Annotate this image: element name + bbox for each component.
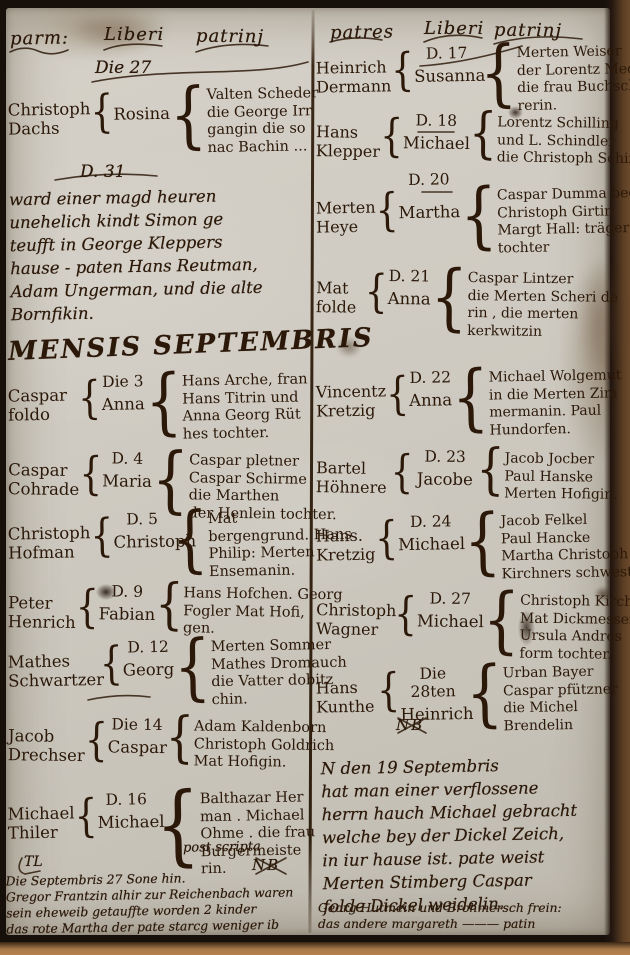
child-name: Maria: [102, 467, 152, 491]
child-name: Michael: [403, 129, 469, 153]
text-line: Adam Ungerman, und die alte: [10, 276, 262, 303]
godparents-lines: Merten Weiserder Lorentz Mecklindie frau…: [516, 41, 630, 116]
nb-mark: NB: [396, 716, 424, 734]
register-entry: JacobDrechser Die 14 Caspar Adam Kaldenb…: [8, 714, 309, 772]
text-line: kerkwitzin: [467, 323, 618, 342]
brace-glyph: [99, 642, 123, 687]
entry-date: D. 18: [403, 111, 469, 130]
brace-glyph: [145, 364, 183, 437]
brace-glyph: [90, 514, 114, 559]
text-line: die Christoph Schin: [497, 149, 630, 168]
father-name: Hans.Kretzig: [315, 514, 375, 565]
column-header-patrini: patrinj: [196, 26, 264, 48]
bottom-margin-note: Georg Hutmein und Brohmersch frein:das a…: [318, 900, 562, 932]
text-line: Hans: [316, 678, 378, 698]
register-entry: HansKunthe Die 28ten Heinrich Urban Baye…: [315, 661, 618, 738]
text-line: Caspar Lintzer: [468, 270, 619, 289]
entry-date: D. 23: [414, 447, 477, 466]
father-name: VincentzKretzig: [315, 369, 386, 420]
text-line: Christoph Girtin: [497, 202, 630, 222]
entry-date: Die 28ten: [400, 664, 467, 701]
godparents-lines: Valten Schederdie George Irrgangin die s…: [206, 83, 319, 157]
brace-glyph: [166, 711, 195, 766]
column-header-patres: patres: [330, 21, 394, 43]
text-line: Vincentz: [316, 381, 387, 401]
brace-glyph: [365, 270, 388, 315]
brace-glyph: [155, 781, 201, 869]
text-line: Schwartzer: [8, 670, 100, 691]
father-name: Casparfoldo: [7, 373, 78, 424]
entry-date: D. 22: [409, 368, 452, 387]
text-line: Hundorfen.: [489, 420, 622, 440]
father-name: BartelHöhnere: [316, 446, 391, 497]
child-name: Rosina: [113, 86, 170, 124]
brace-glyph: [451, 360, 489, 433]
text-line: Wagner: [316, 619, 394, 639]
text-line: Hans: [316, 122, 380, 142]
register-entry: PeterHenrich D. 9 Fabian Hans Hofchen. G…: [8, 581, 309, 639]
godparents-lines: Christoph KirchnerMat DickmesserUrsula A…: [519, 591, 630, 665]
brace-glyph: [479, 36, 517, 109]
father-name: MertenHeye: [315, 172, 376, 237]
register-entry: ChristophDachs Rosina Valten Schederdie …: [7, 83, 308, 160]
text-line: die frau Buchsch: [517, 78, 630, 98]
text-line: die Merten Scheri de: [468, 288, 619, 307]
godparents-lines: Jacob FelkelPaul HanckeMartha ChristophK…: [500, 509, 630, 584]
book-edge-bottom: [0, 942, 630, 955]
text-line: Höhnere: [316, 477, 391, 497]
brace-glyph: [469, 107, 498, 162]
text-line: tochter: [498, 237, 630, 257]
text-line: Margt Hall: trägers: [497, 220, 630, 240]
entry-date: Die 27: [95, 58, 151, 78]
text-line: Dachs: [8, 118, 91, 138]
text-line: Christoph: [8, 523, 91, 543]
text-line: Kretzig: [316, 400, 387, 420]
text-line: Drechser: [8, 745, 85, 765]
text-line: Ursula Andres: [520, 628, 630, 647]
text-line: Michael: [7, 803, 74, 823]
text-line: Christoph: [316, 600, 394, 620]
text-line: Lorentz Schilling: [497, 114, 630, 133]
text-line: mermanin. Paul: [489, 402, 622, 422]
child-name: Michael: [398, 530, 464, 554]
text-line: die Michel: [503, 698, 618, 718]
brace-glyph: [74, 795, 98, 840]
text-line: Mathes: [8, 651, 100, 672]
text-line: Heinrich: [316, 57, 392, 77]
text-line: Peter: [8, 593, 76, 613]
text-line: Kunthe: [316, 697, 378, 717]
text-line: Dermann: [316, 76, 392, 96]
text-line: foldo: [8, 404, 79, 424]
brace-glyph: [375, 517, 399, 562]
text-line: in iur hause ist. pate weist: [322, 845, 578, 872]
text-line: Valten Scheder: [206, 85, 318, 104]
brace-glyph: [76, 585, 99, 630]
bottom-margin-note: Die Septembris 27 Sone hin.Gregor Frantz…: [5, 868, 294, 937]
text-line: und L. Schindler: [497, 132, 630, 151]
text-line: man . Michael: [200, 807, 315, 827]
text-line: Martha Christoph: [501, 546, 630, 566]
godparents-lines: Caspar Lintzerdie Merten Scheri derin , …: [467, 268, 618, 342]
margin-mark: TL: [24, 854, 43, 870]
brace-glyph: [394, 593, 417, 638]
father-name: MichaelThiler: [7, 791, 75, 842]
entry-date: D. 31: [80, 162, 125, 182]
child-name: Anna: [388, 285, 431, 309]
register-entry: MertenHeye D. 20 Martha Caspar Dumma bec…: [315, 167, 618, 260]
entry-date: D. 24: [398, 512, 464, 531]
text-line: die George Irr: [207, 103, 319, 122]
text-line: Anna Georg Rüt: [182, 406, 308, 426]
godparents-lines: Michael Wolgemutin die Merten Zimmermani…: [488, 365, 622, 439]
column-header-parentes: parm:: [10, 27, 69, 49]
text-line: Bornfikin.: [11, 299, 263, 326]
father-name: HeinrichDermann: [315, 45, 391, 96]
text-line: Brendelin: [503, 716, 618, 736]
text-line: Adam Kaldenborn: [194, 718, 335, 737]
text-line: das andere margareth ——— patin: [318, 916, 562, 932]
text-line: Caspar pfützner: [503, 681, 618, 701]
bottom-note-paragraph: N den 19 Septembrishat man einer verflos…: [321, 753, 579, 918]
text-line: Balthazar Her: [200, 789, 315, 809]
register-entry: HeinrichDermann D. 17 Susanna Merten Wei…: [315, 41, 618, 118]
text-line: Georg Hutmein und Brohmersch frein:: [318, 900, 562, 916]
text-line: Hans Arche, fran: [182, 371, 308, 391]
text-line: der Lorentz Mecklin: [517, 60, 630, 80]
father-name: CasparCohrade: [8, 448, 80, 499]
text-line: Christoph: [8, 99, 91, 119]
father-name: HansKunthe: [315, 666, 377, 717]
text-line: Mat: [316, 278, 365, 298]
text-line: Paul Hanske: [504, 468, 618, 487]
father-name: Matfolde: [316, 266, 365, 317]
entry-date: Die 14: [108, 715, 166, 734]
brace-glyph: [377, 669, 401, 714]
text-line: Merten: [316, 198, 376, 218]
text-line: Christoph Kirchner: [520, 593, 630, 612]
father-name: HansKlepper: [316, 110, 381, 161]
brace-glyph: [90, 90, 114, 135]
text-line: Kretzig: [316, 545, 376, 565]
entry-date: D. 9: [99, 582, 156, 601]
father-name: ChristophHofman: [7, 511, 91, 562]
column-header-liberi: Liberi: [424, 18, 484, 39]
text-line: Urban Bayer: [503, 663, 618, 683]
brace-glyph: [430, 260, 468, 333]
child-name: Susanna: [414, 62, 480, 86]
text-line: Thiler: [8, 822, 75, 842]
register-entry: BartelHöhnere D. 23 Jacobe Jacob JocberP…: [316, 446, 619, 504]
text-line: Bartel: [316, 458, 391, 478]
entry-date: D. 16: [97, 790, 155, 809]
text-line: Hans Titrin und: [182, 389, 308, 409]
godparents-lines: Urban BayerCaspar pfütznerdie MichelBren…: [503, 661, 619, 735]
father-name: ChristophWagner: [316, 588, 395, 639]
brace-glyph: [463, 504, 501, 577]
godparents-lines: Jacob JocberPaul HanskeMerten Hofigin.: [504, 448, 618, 504]
child-name: Jacobe: [413, 465, 476, 489]
text-line: Paul Hancke: [501, 528, 630, 548]
brace-glyph: [390, 451, 413, 496]
child-name: Fabian: [99, 600, 156, 624]
brace-glyph: [483, 583, 521, 656]
column-header-liberi: Liberi: [104, 24, 164, 45]
brace-glyph: [391, 48, 415, 93]
text-line: Michael Wolgemut: [489, 367, 622, 387]
godparents-lines: Adam KaldenbornChristoph GoldrichMat Hof…: [193, 716, 334, 772]
text-line: in die Merten Zim: [489, 385, 622, 405]
text-line: Hans.: [316, 526, 376, 546]
brace-glyph: [171, 502, 209, 575]
register-entry: Hans.Kretzig D. 24 Michael Jacob FelkelP…: [315, 509, 618, 586]
father-name: MathesSchwartzer: [7, 639, 100, 691]
child-name: Georg: [123, 656, 175, 680]
godparents-lines: Hans Arche, franHans Titrin undAnna Geor…: [182, 369, 309, 443]
brace-glyph: [380, 114, 403, 159]
text-line: Caspar Dumma becks.: [497, 185, 630, 205]
godparents-lines: Caspar Dumma becks.Christoph GirtinMargt…: [496, 167, 630, 258]
entry-date: D. 27: [417, 589, 483, 608]
brace-glyph: [460, 178, 498, 251]
text-line: Cohrade: [8, 479, 79, 499]
father-name: JacobDrechser: [8, 714, 85, 765]
text-line: Jacob Felkel: [501, 511, 630, 531]
manuscript-photo: parm: Liberi patrinj Die 27 ChristophDac…: [0, 0, 630, 955]
brace-glyph: [173, 630, 211, 703]
text-line: Klepper: [316, 141, 380, 161]
child-name: Anna: [409, 386, 452, 410]
brace-glyph: [476, 443, 505, 498]
father-name: PeterHenrich: [8, 581, 76, 632]
register-entry: VincentzKretzig D. 22 Anna Michael Wolge…: [315, 365, 618, 442]
text-line: Merten Weiser: [516, 43, 630, 63]
brace-glyph: [79, 453, 102, 498]
brace-glyph: [375, 189, 399, 234]
text-line: Jacob: [8, 726, 85, 746]
text-line: die Marthen: [189, 487, 337, 506]
text-line: Hofman: [8, 542, 91, 562]
child-name: Martha: [398, 188, 460, 222]
text-line: Kirchners schwester: [501, 563, 630, 583]
text-line: Caspar: [8, 385, 79, 405]
brace-glyph: [169, 78, 207, 151]
entry-date: D. 20: [398, 170, 460, 189]
brace-glyph: [85, 719, 108, 764]
text-line: gangin die so: [207, 120, 319, 139]
text-line: Mat Hofigin.: [193, 753, 334, 772]
brace-glyph: [386, 373, 410, 418]
child-name: Michael: [97, 808, 155, 832]
entry-date: D. 12: [122, 638, 174, 657]
father-name: ChristophDachs: [7, 87, 91, 138]
entry-date: D. 5: [113, 510, 171, 529]
text-line: folde: [316, 297, 365, 317]
child-name: Michael: [417, 607, 483, 631]
text-line: nac Bachin ...: [207, 138, 319, 157]
text-line: rin , die merten: [467, 305, 618, 324]
child-name: Anna: [101, 390, 146, 414]
entry-note-paragraph: ward einer magd heurenunehelich kindt Si…: [9, 184, 263, 326]
text-line: Caspar: [8, 460, 79, 480]
entry-date: D. 21: [388, 267, 431, 286]
register-entry: Matfolde D. 21 Anna Caspar Lintzerdie Me…: [316, 266, 619, 342]
entry-date: D. 4: [102, 449, 152, 468]
entry-date: D. 17: [414, 44, 480, 63]
entry-date: Die 3: [101, 372, 146, 391]
godparents-lines: Lorentz Schillingund L. Schindlerdie Chr…: [497, 112, 630, 168]
text-line: Merten Hofigin.: [504, 485, 618, 504]
register-entry: MathesSchwartzer D. 12 Georg Merten Somm…: [7, 635, 308, 712]
text-line: Jacob Jocber: [505, 450, 619, 469]
text-line: Henrich: [8, 612, 76, 632]
child-name: Christoph: [113, 528, 171, 552]
register-entry: HansKlepper D. 18 Michael Lorentz Schill…: [316, 110, 619, 168]
register-entry: Casparfoldo Die 3 Anna Hans Arche, franH…: [7, 369, 308, 446]
text-line: Christoph Goldrich: [194, 736, 335, 755]
text-line: hes tochter.: [183, 424, 309, 444]
text-line: Mat Dickmesser: [520, 610, 630, 629]
brace-glyph: [78, 376, 102, 421]
brace-glyph: [465, 656, 503, 729]
text-line: Heye: [316, 217, 376, 237]
child-name: Caspar: [108, 733, 166, 757]
post-scripta-note: post scripta: [183, 839, 261, 855]
